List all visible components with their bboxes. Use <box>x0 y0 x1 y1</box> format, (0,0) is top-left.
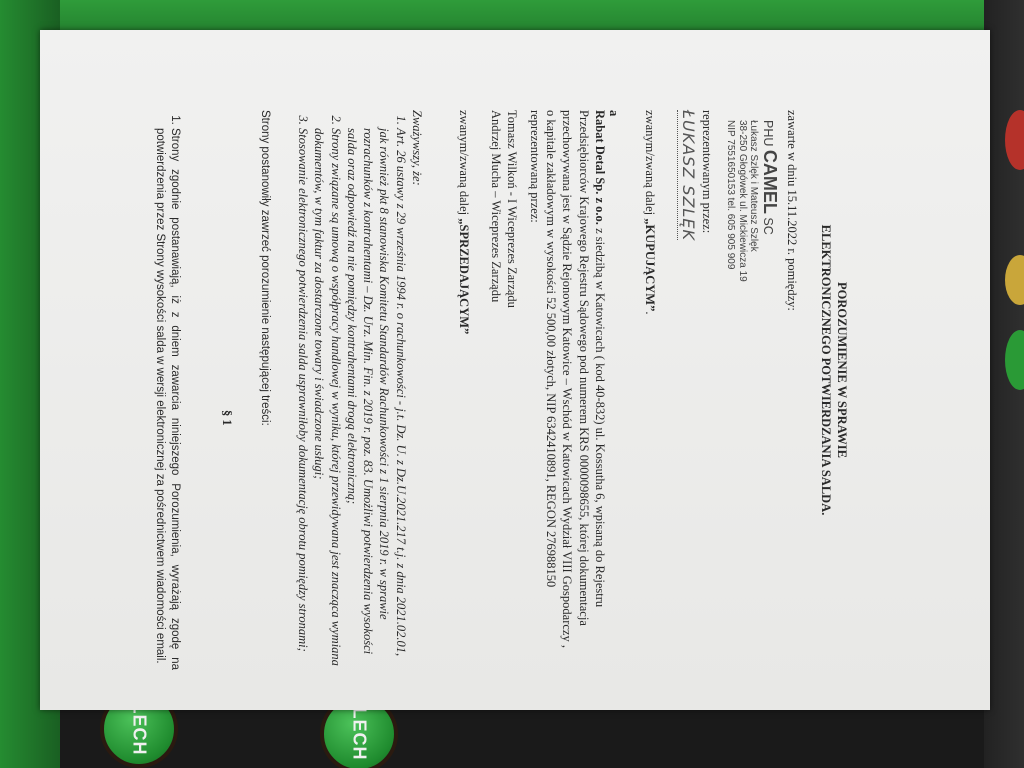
stamp-nip-tel: NIP 7551650153 tel. 605 905 909 <box>725 120 737 282</box>
seller-role: „SPRZEDAJĄCYM” <box>457 218 471 334</box>
intro-text: zawarte w dniu 15.11.2022 r. pomiędzy: <box>784 110 800 311</box>
stamp-company-name: CAMEL <box>760 150 780 214</box>
buyer-rep-label: reprezentowanym przez: <box>699 110 715 233</box>
seller-rep: Tomasz Wilkoń - I Wiceprezes Zarządu <box>504 110 520 308</box>
title-line-1: POROZUMIENIE W SPRAWIE <box>834 30 850 710</box>
whereas-section: Zważywszy, że: Art. 26 ustawy z 29 wrześ… <box>295 110 425 670</box>
buyer-designation: zwanym/zwaną dalej „KUPUJĄCYM”. <box>642 110 658 314</box>
title-line-2: ELEKTRONICZNEGO POTWIERDZANIA SALDA. <box>818 30 834 710</box>
stamp-address: 38-250 Głogówek ul. Mickiewicza 19 <box>736 120 748 282</box>
document-title: POROZUMIENIE W SPRAWIE ELEKTRONICZNEGO P… <box>818 30 850 710</box>
seller-line: reprezentowaną przez: <box>527 110 543 648</box>
seller-description: Rabat Detal Sp. z o.o. z siedzibą w Kato… <box>527 110 608 648</box>
seller-line: przechowywana jest w Sądzie Rejonowym Ka… <box>559 110 575 648</box>
whereas-item: Art. 26 ustawy z 29 września 1994 r. o r… <box>344 128 409 670</box>
seller-line: o kapitale zakładowym w wysokości 52 500… <box>543 110 559 648</box>
stamp-prefix: PHU <box>761 120 775 146</box>
agreement-intro: Strony postanowiły zawrzeć porozumienie … <box>257 110 272 426</box>
clause-item: Strony zgodnie postanawiają, iż z dniem … <box>152 128 182 670</box>
seller-line: z siedzibą w Katowicach ( kod 40-832) ul… <box>593 225 607 607</box>
document-page: POROZUMIENIE W SPRAWIE ELEKTRONICZNEGO P… <box>40 30 990 710</box>
stamp-owners: Łukasz Szlęk i Mateusz Szlęk <box>748 120 760 282</box>
buyer-role: „KUPUJĄCYM” <box>643 218 657 311</box>
whereas-item: Strony związane są umową o współpracy ha… <box>311 128 344 670</box>
clauses-section: Strony zgodnie postanawiają, iż z dniem … <box>152 110 182 670</box>
section-marker: § 1 <box>219 410 235 426</box>
seller-representatives: Tomasz Wilkoń - I Wiceprezes Zarządu And… <box>488 110 521 308</box>
seller-name: Rabat Detal Sp. z o.o. <box>593 110 607 225</box>
buyer-stamp: PHU CAMEL SC Łukasz Szlęk i Mateusz Szlę… <box>725 120 780 282</box>
buyer-signature: ŁUKASZ SZLĘK <box>677 110 698 240</box>
conjunction: a <box>606 110 622 116</box>
buyer-called-text: zwanym/zwaną dalej <box>643 110 657 218</box>
seller-rep: Andrzej Mucha – Wiceprezes Zarządu <box>488 110 504 308</box>
whereas-label: Zważywszy, że: <box>409 110 425 670</box>
stamp-suffix: SC <box>761 217 775 234</box>
seller-designation: zwanym/zwaną dalej „SPRZEDAJĄCYM” <box>456 110 472 334</box>
seller-called-text: zwanym/zwaną dalej <box>457 110 471 218</box>
buyer-called-end: . <box>643 311 657 314</box>
seller-line: Przedsiębiorców Krajowego Rejestru Sądow… <box>576 110 592 648</box>
whereas-item: Stosowanie elektronicznego potwierdzenia… <box>295 128 311 670</box>
